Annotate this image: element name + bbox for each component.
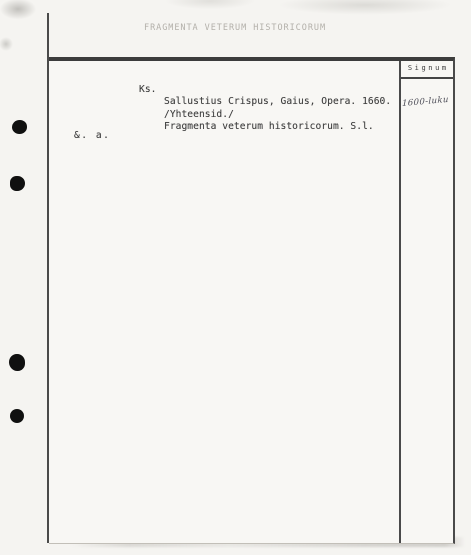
hole-punch <box>9 354 25 371</box>
signum-column: Signum 1600-luku <box>399 61 453 543</box>
scan-smudge-top-right <box>250 0 471 18</box>
entry-cross-reference: Ks. <box>139 84 156 95</box>
catalog-card-frame: Signum 1600-luku Ks. Sallustius Crispus,… <box>49 57 455 544</box>
entry-margin-note: &. a. <box>74 130 110 141</box>
scan-smudge-top-left <box>0 0 44 24</box>
scan-smudge-top-center <box>150 0 270 12</box>
scanned-catalog-card: FRAGMENTA VETERUM HISTORICORUM Signum 16… <box>0 0 471 555</box>
entry-title-line: Fragmenta veterum historicorum. S.l. <box>164 121 374 132</box>
hole-punch <box>10 176 25 191</box>
scan-smudge-left <box>0 34 16 54</box>
entry-main-line: Sallustius Crispus, Gaius, Opera. 1660. <box>164 96 391 107</box>
page-title: FRAGMENTA VETERUM HISTORICORUM <box>144 23 326 33</box>
hole-punch <box>10 409 24 423</box>
signum-column-header: Signum <box>401 61 453 79</box>
entry-binding-note: /Yhteensid./ <box>164 109 234 120</box>
signum-handwritten-note: 1600-luku <box>402 95 449 109</box>
hole-punch <box>12 120 27 134</box>
